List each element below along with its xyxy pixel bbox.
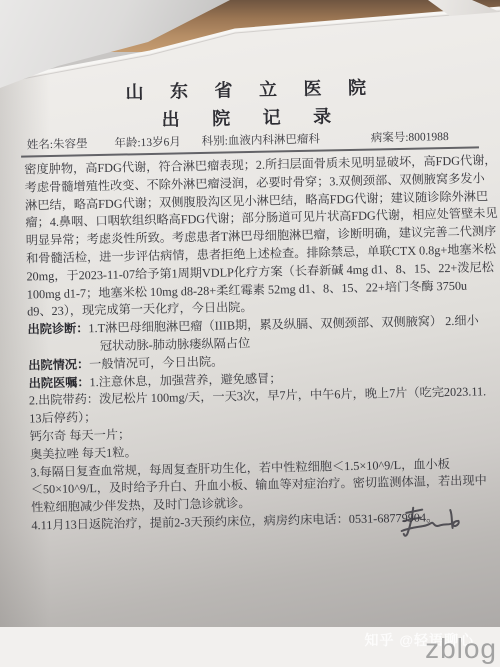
document-content: 山 东 省 立 医 院 出 院 记 录 姓名:朱容壆 年龄:13岁6月 科别:血… — [0, 0, 500, 632]
report-body: 密度肿物，高FDG代谢，符合淋巴瘤表现；2.所扫层面骨质未见明显破坏，高FDG代… — [24, 152, 489, 535]
advice-label: 出院医嘱： — [28, 375, 89, 390]
patient-age-field: 年龄:13岁6月 — [114, 133, 181, 150]
zblog-watermark: zblog — [425, 633, 497, 665]
patient-name-label: 姓名: — [27, 139, 53, 152]
record-number-value: 8001988 — [408, 131, 448, 144]
department-label: 科别: — [202, 135, 228, 148]
patient-age-value: 13岁6月 — [140, 136, 180, 149]
record-number-label: 病案号: — [371, 132, 409, 145]
handwritten-signature-icon — [394, 500, 475, 552]
patient-name-field: 姓名:朱容壆 — [27, 135, 88, 152]
diagnosis-label: 出院诊断： — [27, 321, 88, 336]
department-field: 科别:血液内科淋巴瘤科 — [202, 131, 321, 149]
department-value: 血液内科淋巴瘤科 — [228, 134, 320, 148]
condition-label: 出院情况： — [28, 357, 89, 372]
record-number-field: 病案号:8001988 — [371, 128, 449, 146]
advice-text: 1.注意休息，加强营养，避免感冒； — [89, 371, 281, 389]
condition-text: 一般情况可，今日出院。 — [89, 354, 223, 371]
patient-name-value: 朱容壆 — [53, 138, 88, 151]
patient-age-label: 年龄: — [114, 137, 140, 150]
